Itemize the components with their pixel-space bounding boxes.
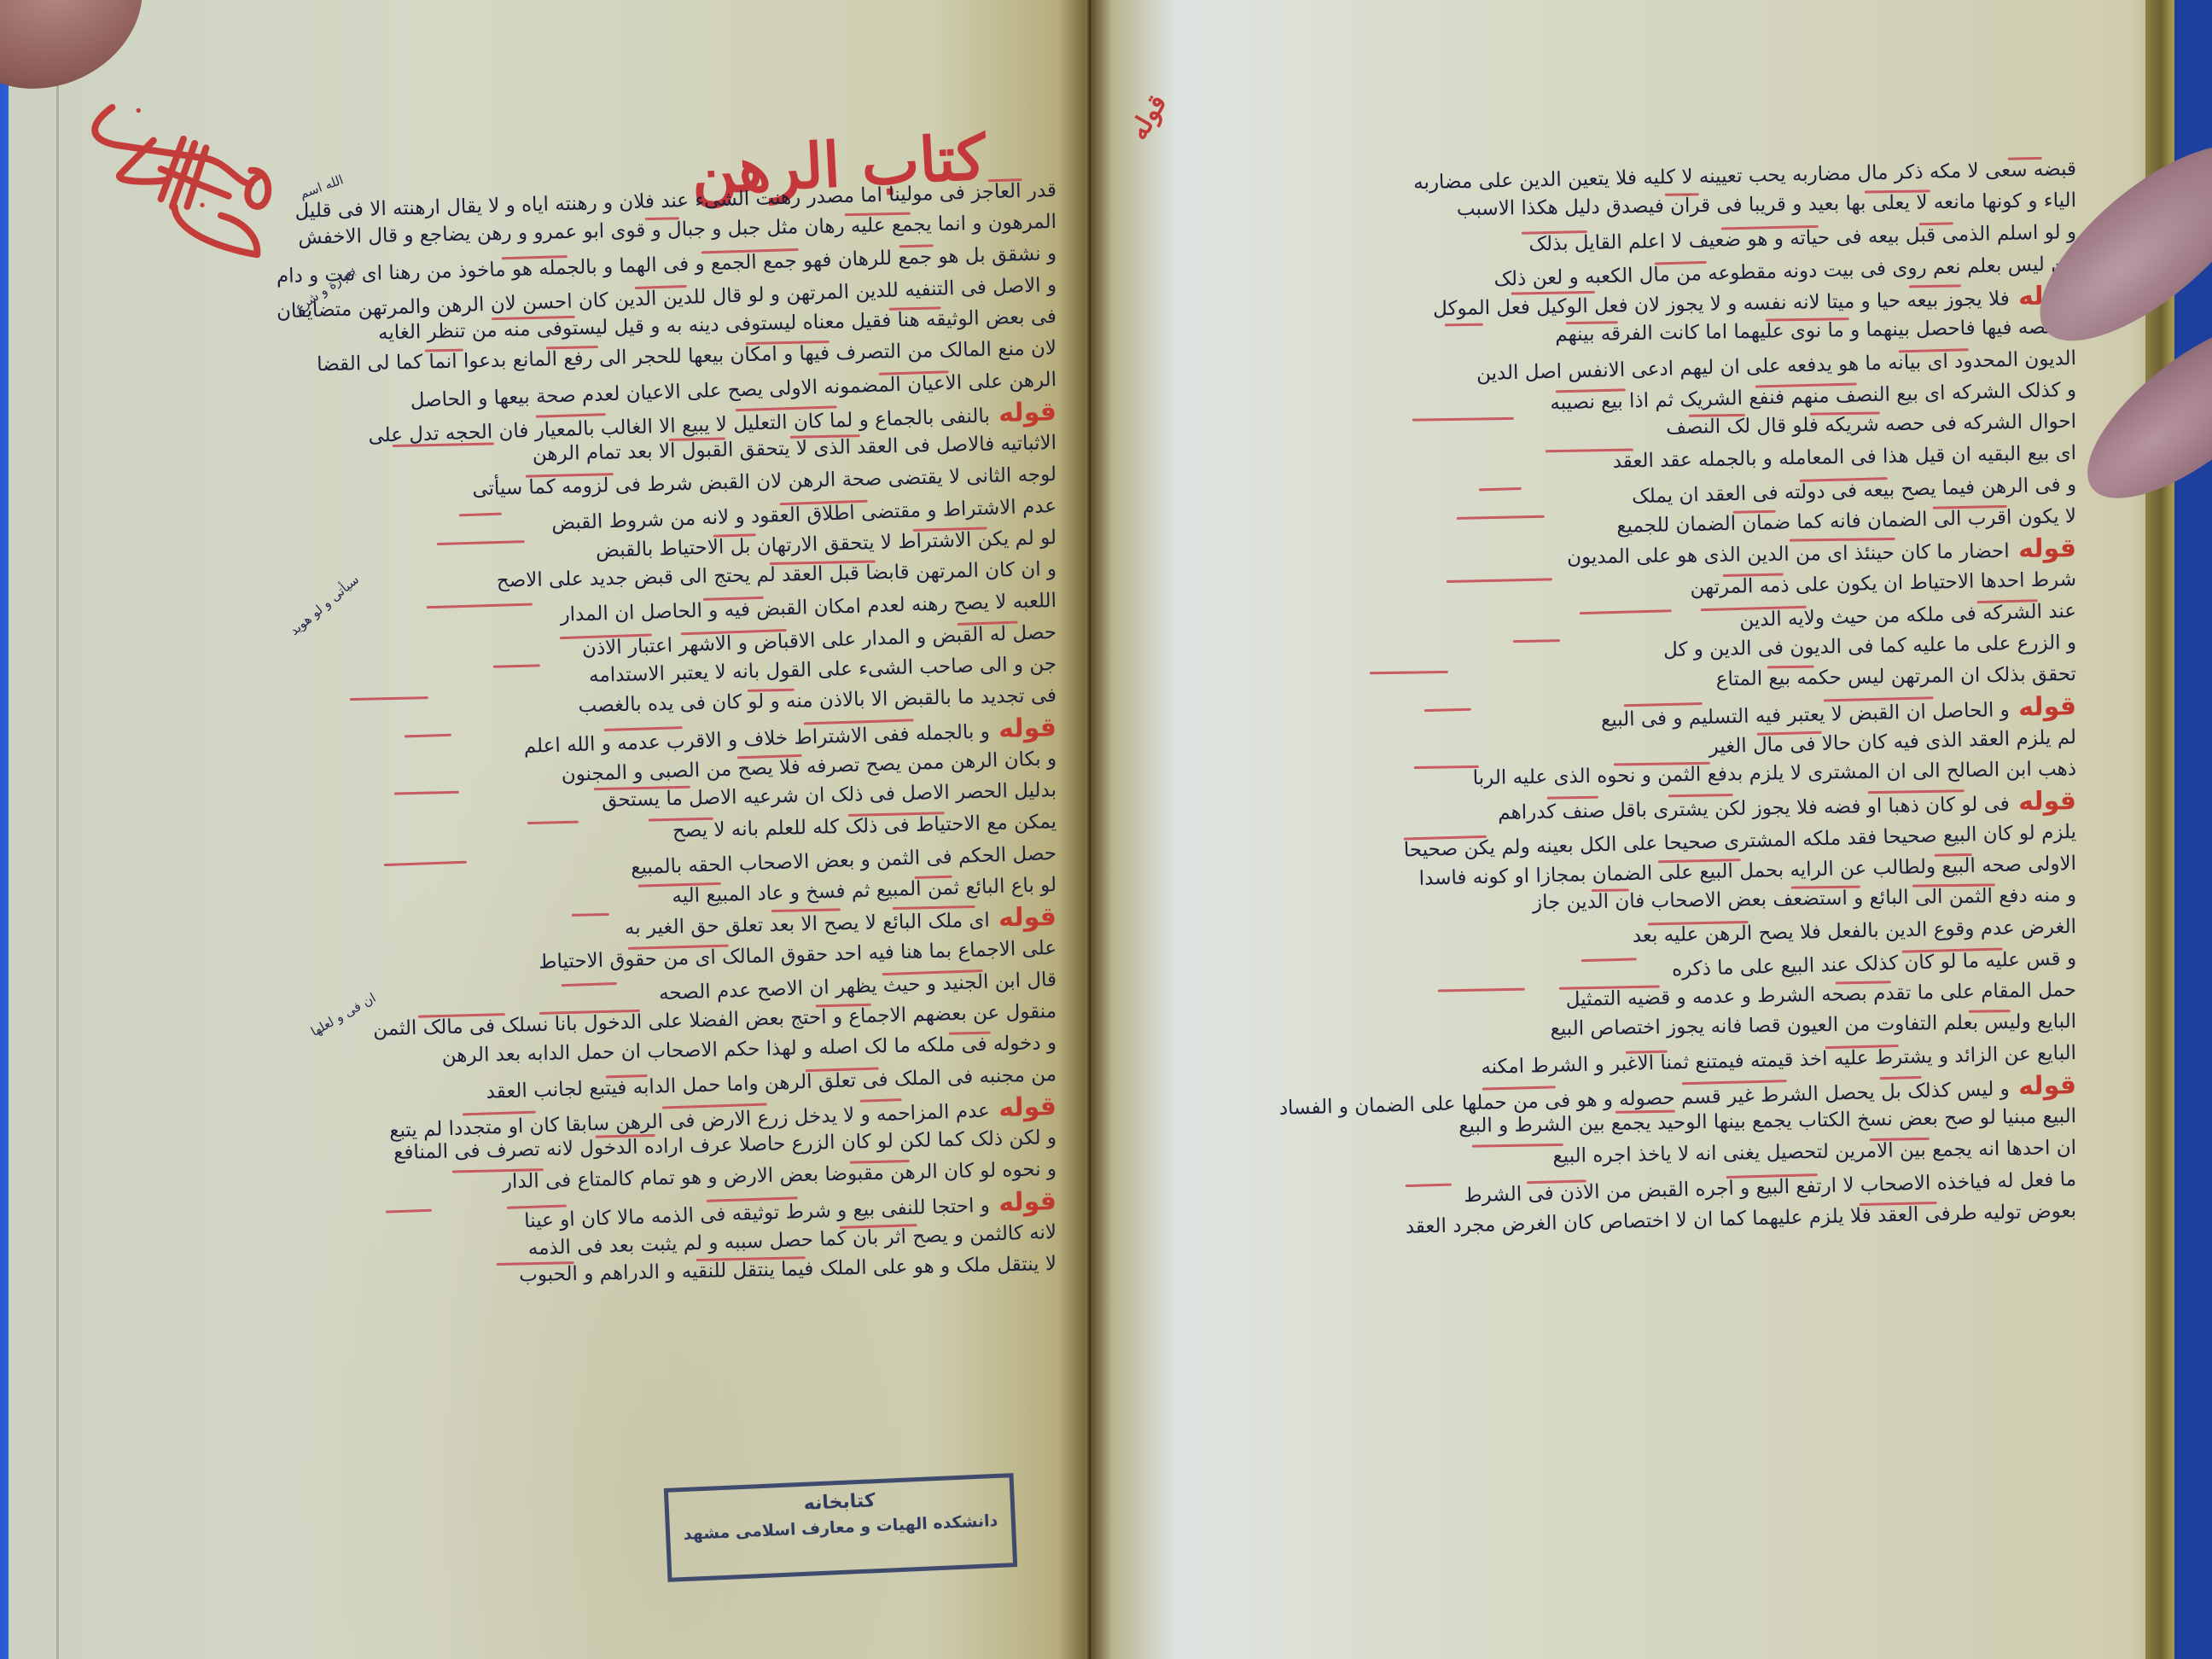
red-overline — [384, 861, 467, 866]
red-overline — [1581, 958, 1637, 962]
rubric-qawluhu: قوله — [989, 902, 1057, 934]
red-overline — [1412, 417, 1514, 422]
open-manuscript: كتاب الرهن قدر العاجز فی مولینا اما مصدر… — [9, 0, 2193, 1659]
line-text: لم یلزم العقد الذی فیه کان حالا فی مال ا… — [1708, 726, 2076, 758]
line-text: ذهب ابن الصالح الی ان المشتری لا یلزم بد… — [1473, 758, 2077, 789]
rubric-qawluhu: قوله — [2009, 786, 2076, 817]
red-overline — [1414, 765, 1479, 769]
red-overline — [562, 982, 617, 987]
red-overline — [405, 734, 451, 738]
red-overline — [1457, 515, 1545, 520]
red-overline — [1513, 639, 1560, 643]
rubric-qawluhu: قوله — [2009, 533, 2076, 564]
red-overline — [1790, 538, 1895, 542]
red-overline — [771, 908, 841, 912]
line-text: ای ملک البائع لا یصح الا بعد تعلق حق الغ… — [625, 910, 990, 940]
red-overline — [1424, 708, 1471, 712]
rubric-qawluhu: قوله — [989, 713, 1057, 744]
line-text: البیع مبنیا لو صح بعض نسخ الکتاب یجمع بی… — [1458, 1105, 2076, 1138]
red-overline — [1511, 291, 1595, 295]
rubric-qawluhu: قوله — [2009, 1070, 2076, 1102]
red-overline — [1909, 284, 1961, 288]
line-text: البایع ولیس بعلم التفاوت من العیون قصا ف… — [1550, 1010, 2076, 1040]
line-text: ان احدها انه یجمع بین الامرین لتحصیل یغن… — [1552, 1137, 2076, 1167]
red-overline — [1880, 1076, 1922, 1080]
marginal-rubric-top: قوله — [1124, 90, 1173, 145]
red-overline — [350, 696, 428, 701]
red-overline — [493, 664, 540, 667]
left-page: كتاب الرهن قدر العاجز فی مولینا اما مصدر… — [9, 0, 1091, 1659]
red-overline — [860, 1098, 902, 1103]
marginal-calligraphy-mark — [68, 94, 299, 282]
red-overline — [572, 913, 609, 917]
red-overline — [1479, 487, 1522, 491]
red-overline — [459, 513, 502, 517]
red-overline — [1447, 578, 1552, 583]
rubric-qawluhu: قوله — [989, 1091, 1057, 1124]
red-overline — [527, 821, 579, 824]
red-overline — [1472, 1144, 1563, 1148]
line-text: الیاء و کونها مانعه لا یعلی بها بعید و ق… — [1457, 189, 2076, 220]
line-text: حمل المقام علی ما تقدم بصحه الشرط و عدمه… — [1566, 979, 2077, 1011]
red-overline — [393, 442, 494, 447]
left-text-block: قدر العاجز فی مولینا اما مصدر رهنت الشیء… — [288, 175, 1057, 1280]
line-text: و الزرع علی ما علیه کما فی الدیون فی الد… — [1663, 632, 2076, 661]
red-overline — [437, 540, 525, 545]
library-stamp: كتابخانه دانشکده الهیات و معارف اسلامی م… — [664, 1473, 1017, 1582]
red-overline — [1868, 789, 1965, 794]
red-overline — [1668, 794, 1733, 797]
red-overline — [1445, 323, 1483, 327]
line-text: عند الشرکه فی ملکه من حیث ولایه الدین — [1739, 600, 2076, 632]
red-overline — [893, 905, 975, 910]
red-overline — [1665, 193, 1699, 196]
rubric-qawluhu: قوله — [989, 397, 1057, 429]
red-overline — [1547, 796, 1598, 800]
red-overline — [1406, 1184, 1452, 1187]
red-overline — [1580, 609, 1672, 614]
line-text: ای بیع البقیه ان قیل هذا فی المعامله و ب… — [1613, 442, 2077, 473]
line-text: الغرض عدم وقوع الدین بالفعل فلا یصح الره… — [1633, 916, 2077, 947]
right-text-block: قبضه سعی لا مکه ذکر مال مضاربه یحب تعیین… — [1172, 154, 2076, 1227]
red-overline — [386, 1209, 432, 1214]
page-edge-line — [56, 0, 59, 1659]
line-text: فی تجدید ما بالقبض الا بالاذن منه و لو ک… — [578, 684, 1057, 717]
line-text: احضار ما کان حینئذ ای من الدین الذی هو ع… — [1567, 540, 2010, 568]
rubric-qawluhu: قوله — [989, 1186, 1057, 1219]
red-overline — [394, 791, 459, 795]
red-overline — [1592, 888, 1629, 892]
line-text: بدلیل الحصر الاصل فی ذلک ان شرعیه الاصل … — [602, 779, 1057, 812]
red-overline — [1370, 671, 1448, 674]
rubric-qawluhu: قوله — [2009, 691, 2076, 723]
right-page: قوله قبضه سعی لا مکه ذکر مال مضاربه یحب … — [1091, 0, 2174, 1659]
red-overline — [427, 603, 533, 609]
red-overline — [1438, 988, 1525, 992]
